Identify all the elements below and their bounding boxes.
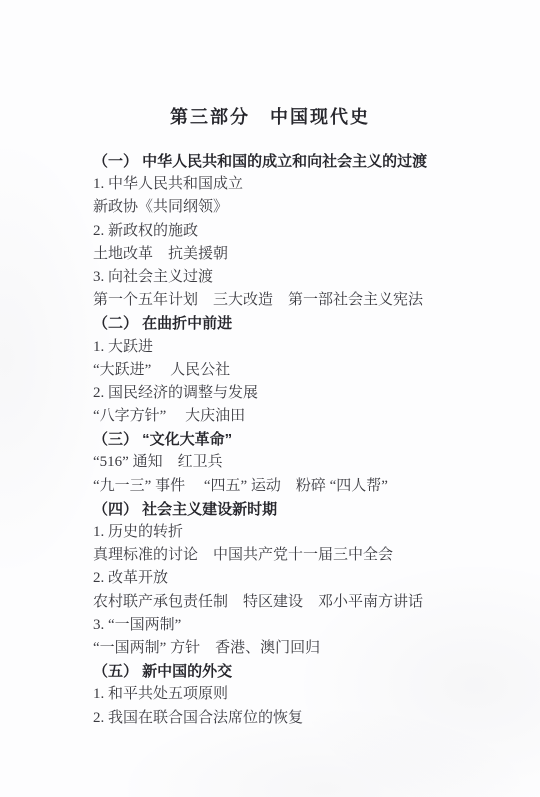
toc-item-line: 3. “一国两制” — [93, 614, 510, 637]
toc-item-line: 2. 新政权的施政 — [93, 220, 510, 243]
toc-item-line: 2. 国民经济的调整与发展 — [93, 382, 510, 405]
toc-item-line: 1. 历史的转折 — [93, 521, 510, 544]
toc-item-line: 第一个五年计划 三大改造 第一部社会主义宪法 — [93, 289, 510, 312]
toc-section-heading: （三） “文化大革命” — [93, 428, 510, 451]
toc-item-line: 2. 我国在联合国合法席位的恢复 — [93, 707, 510, 730]
toc-item-line: “一国两制” 方针 香港、澳门回归 — [93, 637, 510, 660]
toc-section-heading: （四） 社会主义建设新时期 — [93, 498, 510, 521]
toc-item-line: 真理标准的讨论 中国共产党十一届三中全会 — [93, 544, 510, 567]
toc-item-line: 2. 改革开放 — [93, 567, 510, 590]
scanned-page: 第三部分 中国现代史 （一） 中华人民共和国的成立和向社会主义的过渡1. 中华人… — [0, 0, 540, 797]
toc-item-line: 新政协《共同纲领》 — [93, 196, 510, 219]
toc-item-line: “九一三” 事件 “四五” 运动 粉碎 “四人帮” — [93, 475, 510, 498]
toc-item-line: 1. 中华人民共和国成立 — [93, 173, 510, 196]
toc-item-line: 农村联产承包责任制 特区建设 邓小平南方讲话 — [93, 591, 510, 614]
toc-lines: （一） 中华人民共和国的成立和向社会主义的过渡1. 中华人民共和国成立新政协《共… — [93, 150, 510, 730]
toc-section-heading: （一） 中华人民共和国的成立和向社会主义的过渡 — [93, 150, 510, 173]
toc-item-line: 土地改革 抗美援朝 — [93, 243, 510, 266]
toc-item-line: “八字方针” 大庆油田 — [93, 405, 510, 428]
toc-item-line: 1. 和平共处五项原则 — [93, 683, 510, 706]
toc-item-line: “大跃进” 人民公社 — [93, 359, 510, 382]
toc-item-line: 1. 大跃进 — [93, 336, 510, 359]
toc-section-heading: （二） 在曲折中前进 — [93, 312, 510, 335]
page-title: 第三部分 中国现代史 — [0, 103, 540, 129]
toc-section-heading: （五） 新中国的外交 — [93, 660, 510, 683]
toc-item-line: 3. 向社会主义过渡 — [93, 266, 510, 289]
toc-item-line: “516” 通知 红卫兵 — [93, 451, 510, 474]
